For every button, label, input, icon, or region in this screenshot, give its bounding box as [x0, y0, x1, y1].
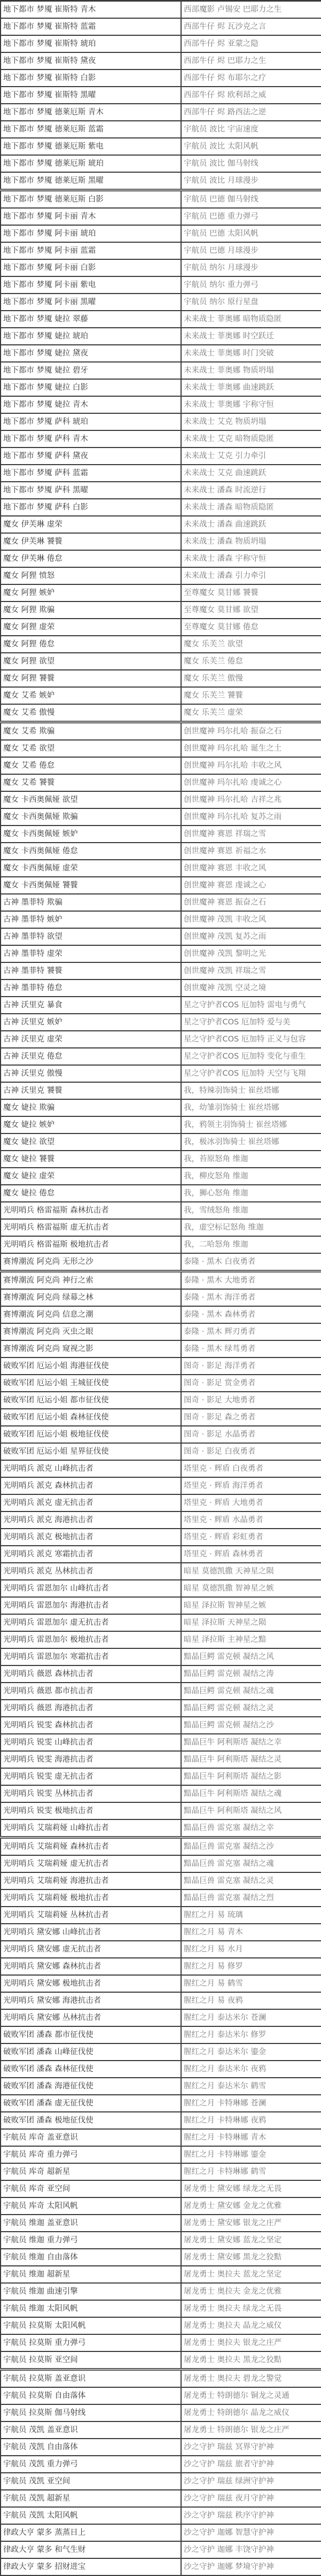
- skin-name-cell-left: 宇航员 拉莫斯 自由落体: [1, 2387, 181, 2404]
- skin-name-cell-right: 创世魔神 赛恩 祥瑞之雪: [181, 826, 321, 843]
- table-row: 魔女 婕拉 倦怠我，狮心怒角 维迦: [1, 1185, 321, 1202]
- skin-name-cell-left: 宇航员 拉莫斯 太阳风帆: [1, 2317, 181, 2334]
- skin-name-cell-left: 光明哨兵 派克 森林抗击者: [1, 1477, 181, 1494]
- skin-name-cell-left: 光明哨兵 格雷福斯 虚无抗击者: [1, 1219, 181, 1236]
- skin-name-cell-right: 未来战士 潘森 曲速跳跃: [181, 516, 321, 533]
- skin-name-cell-left: 地下都市 梦魇 德莱厄斯 蓝霜: [1, 121, 181, 138]
- table-row: 古神 沃里克 虚荣星之守护者COS 厄加特 正义与包容: [1, 1031, 321, 1048]
- skin-name-cell-left: 宇航员 茂凯 重力弹弓: [1, 2456, 181, 2473]
- skin-name-cell-right: 暗星 泽拉斯 天神星之陨: [181, 1614, 321, 1631]
- skin-name-cell-right: 宇航员 波比 月球漫步: [181, 172, 321, 190]
- skin-name-cell-right: 腥红之月 卡特琳娜 苍澜: [181, 2095, 321, 2112]
- skin-name-cell-left: 光明哨兵 格雷福斯 森林抗击者: [1, 1202, 181, 1219]
- table-row: 古神 墨菲特 欲望创世魔神 茂凯 复苏之雨: [1, 928, 321, 945]
- skin-name-cell-left: 光明哨兵 格雷福斯 极地抗击者: [1, 1236, 181, 1253]
- skin-name-cell-left: 魔女 卡西奥佩娅 欺骗: [1, 808, 181, 826]
- skin-name-cell-right: 魔女 乐芙兰 欲望: [181, 636, 321, 653]
- skin-name-cell-left: 光明哨兵 黛安娜 极地抗击者: [1, 1975, 181, 1992]
- table-row: 地下都市 梦魇 德莱厄斯 蓝霜宇航员 波比 宇宙速度: [1, 121, 321, 138]
- skin-name-cell-right: 屠龙勇士 奥拉夫 绿龙之无畏: [181, 2300, 321, 2317]
- table-row: 光明哨兵 黛安娜 海港抗击者腥红之月 易 夜鸦: [1, 1992, 321, 2009]
- skin-name-cell-left: 古神 沃里克 傲慢: [1, 1065, 181, 1082]
- skin-name-cell-left: 魔女 阿狸 嫉妒: [1, 584, 181, 601]
- skin-name-cell-left: 光明哨兵 雷恩加尔 极地抗击者: [1, 1631, 181, 1648]
- table-row: 宇航员 库奇 太阳风帆屠龙勇士 黛安娜 金龙之优雅: [1, 2197, 321, 2215]
- skin-name-cell-left: 光明哨兵 锐雯 丛林抗击者: [1, 1785, 181, 1802]
- skin-name-cell-right: 暗星 泽拉斯 智神星之嫉: [181, 1597, 321, 1614]
- skin-name-cell-right: 腥红之月 卡特琳娜 鹤雪: [181, 2163, 321, 2180]
- table-row: 宇航员 维迦 盖亚意识屠龙勇士 黛安娜 银龙之庄严: [1, 2215, 321, 2232]
- table-row: 地下都市 梦魇 婕拉 碧牙未来战士 菲奥娜 物质坍塌: [1, 362, 321, 379]
- skin-name-cell-left: 地下都市 梦魇 萨科 黑曜: [1, 482, 181, 499]
- skin-name-cell-left: 地下都市 梦魇 阿卡丽 白影: [1, 259, 181, 276]
- skin-name-cell-left: 魔女 卡西奥佩娅 倦怠: [1, 843, 181, 860]
- table-row: 地下都市 梦魇 萨科 琥珀未来战士 艾克 物质坍塌: [1, 413, 321, 430]
- skin-name-cell-left: 魔女 婕拉 饕餮: [1, 1151, 181, 1168]
- skin-name-cell-right: 创世魔神 茂凯 祥瑞之雪: [181, 962, 321, 980]
- skin-name-cell-left: 地下都市 梦魇 德莱厄斯 青木: [1, 104, 181, 121]
- table-row: 地下都市 梦魇 婕拉 翠藤未来战士 菲奥娜 暗物质隐匿: [1, 311, 321, 328]
- skin-name-cell-left: 地下都市 梦魇 崔斯特 琥珀: [1, 35, 181, 52]
- table-row: 光明哨兵 锐雯 山峰抗击者黯晶巨牛 阿利斯塔 凝结之幸: [1, 1734, 321, 1751]
- skin-name-cell-right: 星之守护者COS 厄加特 天空与飞翔: [181, 1065, 321, 1082]
- skin-name-cell-left: 古神 墨菲特 倦怠: [1, 980, 181, 997]
- skin-name-cell-right: 未来战士 潘森 物质坍塌: [181, 533, 321, 550]
- skin-name-cell-right: 未来战士 菲奥娜 时空跃迁: [181, 328, 321, 345]
- skin-name-cell-right: 黯晶巨兽 雷克塞 凝结之幸: [181, 1819, 321, 1838]
- skin-name-cell-left: 光明哨兵 锐雯 森林抗击者: [1, 1717, 181, 1734]
- table-row: 光明哨兵 薇恩 都市抗击者黯晶巨鳄 雷克顿 凝结之魂: [1, 1683, 321, 1700]
- table-row: 魔女 卡西奥佩娅 欺骗创世魔神 玛尔扎哈 复苏之雨: [1, 808, 321, 826]
- table-row: 魔女 艾希 傲慢魔女 乐芙兰 虚荣: [1, 704, 321, 722]
- skin-name-cell-right: 沙之守护 瑞兹 冥界守护神: [181, 2439, 321, 2456]
- skin-name-cell-left: 魔女 阿狸 虚荣: [1, 619, 181, 636]
- table-row: 宇航员 库奇 重力弹弓腥红之月 卡特琳娜 鎏金: [1, 2146, 321, 2163]
- skin-name-cell-right: 西部牛仔 烬 路西法之逆: [181, 104, 321, 121]
- table-row: 破败军团 潘森 山峰征伐使腥红之月 泰达米尔 鎏金: [1, 2043, 321, 2061]
- skin-name-cell-left: 魔女 婕拉 欺骗: [1, 1099, 181, 1116]
- skin-name-cell-right: 暗星 莫德凯撒 智神星之嫉: [181, 1580, 321, 1597]
- table-row: 光明哨兵 锐雯 森林抗击者黯晶巨鳄 雷克顿 凝结之沙: [1, 1717, 321, 1734]
- skin-name-cell-right: 沙之守护 迦娜 梦境守护神: [181, 2558, 321, 2575]
- skin-name-cell-right: 宇航员 波比 伽马射线: [181, 155, 321, 172]
- skin-name-cell-right: 宇航员 纳尔 原行星盘: [181, 294, 321, 311]
- skin-name-cell-left: 古神 沃里克 暴食: [1, 997, 181, 1014]
- skin-name-cell-right: 泰隆 · 黑木 海洋勇者: [181, 1289, 321, 1306]
- table-row: 光明哨兵 雷恩加尔 海港抗击者暗星 泽拉斯 智神星之嫉: [1, 1597, 321, 1614]
- skin-name-cell-left: 律政大亨 蒙多 招财进宝: [1, 2558, 181, 2575]
- skin-name-cell-right: 屠龙勇士 黛安娜 金龙之优雅: [181, 2197, 321, 2215]
- table-row: 地下都市 梦魇 德莱厄斯 黑曜宇航员 波比 月球漫步: [1, 172, 321, 190]
- skin-name-cell-left: 古神 沃里克 虚荣: [1, 1031, 181, 1048]
- table-row: 魔女 婕拉 虚荣我，柳皮怒角 维迦: [1, 1168, 321, 1185]
- skin-name-cell-right: 我，雪绒怒角 维迦: [181, 1202, 321, 1219]
- skin-name-cell-right: 西部牛仔 烬 巴耶力之生: [181, 52, 321, 70]
- table-row: 魔女 阿狸 愤怒未来战士 潘森 引力牵引: [1, 567, 321, 584]
- skin-name-cell-right: 屠龙勇士 黛安娜 黑龙之狡黠: [181, 2249, 321, 2266]
- table-row: 地下都市 梦魇 阿卡丽 白影宇航员 纳尔 月球漫步: [1, 259, 321, 276]
- table-row: 光明哨兵 雷恩加尔 山峰抗击者暗星 莫德凯撒 智神星之嫉: [1, 1580, 321, 1597]
- table-row: 宇航员 茂凯 超新星沙之守护 瑞兹 夜月守护神: [1, 2490, 321, 2507]
- skin-name-cell-right: 腥红之月 易 青木: [181, 1924, 321, 1941]
- table-row: 光明哨兵 黛安娜 极地抗击者腥红之月 易 鹤雪: [1, 1975, 321, 1992]
- table-row: 宇航员 茂凯 重力弹弓沙之守护 瑞兹 旅者守护神: [1, 2456, 321, 2473]
- skin-name-cell-right: 创世魔神 玛尔扎哈 振奋之石: [181, 722, 321, 741]
- table-row: 魔女 阿狸 饕餮魔女 乐芙兰 傲慢: [1, 670, 321, 687]
- skin-name-cell-right: 未来战士 菲奥娜 暗物质隐匿: [181, 311, 321, 328]
- skin-name-cell-right: 图奇 · 影足 森之勇者: [181, 1409, 321, 1426]
- table-row: 宇航员 拉莫斯 盖亚意识屠龙勇士 奥拉夫 碧龙之警觉: [1, 2370, 321, 2388]
- table-row: 赛博潮流 阿克尚 窥视之影泰隆 · 黑木 绿茑勇者: [1, 1340, 321, 1358]
- skin-name-cell-right: 宇航员 巴德 月球漫步: [181, 242, 321, 259]
- table-row: 光明哨兵 派克 极地抗击者塔里克 · 辉盾 彩虹勇者: [1, 1529, 321, 1546]
- skin-name-cell-right: 我，二哈怒角 维迦: [181, 1236, 321, 1253]
- skin-name-cell-right: 泰隆 · 黑木 辉刃勇者: [181, 1323, 321, 1340]
- skin-name-cell-right: 黯晶巨牛 阿利斯塔 凝结之幸: [181, 1734, 321, 1751]
- skin-name-cell-right: 图奇 · 影足 水晶勇者: [181, 1426, 321, 1443]
- skin-name-cell-right: 未来战士 艾克 暗物质隐匿: [181, 430, 321, 448]
- skin-name-cell-right: 未来战士 菲奥娜 宇称守恒: [181, 396, 321, 413]
- skin-name-cell-left: 宇航员 维迦 超新星: [1, 2266, 181, 2283]
- skin-name-cell-left: 魔女 艾希 傲慢: [1, 704, 181, 722]
- skin-name-cell-left: 地下都市 梦魇 婕拉 琥珀: [1, 328, 181, 345]
- table-row: 地下都市 梦魇 阿卡丽 青木宇航员 巴德 重力弹弓: [1, 208, 321, 225]
- table-row: 宇航员 维迦 超新星屠龙勇士 奥拉夫 蓝龙之坚定: [1, 2266, 321, 2283]
- skin-name-cell-right: 屠龙勇士 特朗德尔 晶龙之威仪: [181, 2404, 321, 2421]
- skin-name-cell-left: 古神 墨菲特 欺骗: [1, 894, 181, 911]
- skin-name-cell-right: 塔里克 · 辉盾 大地勇者: [181, 1494, 321, 1511]
- skin-name-cell-right: 我，幼雏羽饰骑士 崔丝塔娜: [181, 1099, 321, 1116]
- table-row: 宇航员 维迦 曲速引擎屠龙勇士 奥拉夫 金龙之优雅: [1, 2283, 321, 2300]
- skin-name-cell-left: 魔女 婕拉 欲望: [1, 1133, 181, 1151]
- skin-name-cell-left: 光明哨兵 黛安娜 虚无抗击者: [1, 1941, 181, 1958]
- skin-name-cell-right: 我，苔原怒角 维迦: [181, 1151, 321, 1168]
- skin-name-cell-left: 宇航员 维迦 曲速引擎: [1, 2283, 181, 2300]
- skin-name-cell-left: 古神 墨菲特 饕餮: [1, 962, 181, 980]
- skin-name-cell-left: 宇航员 茂凯 超新星: [1, 2490, 181, 2507]
- skin-name-cell-right: 创世魔神 赛恩 振奋之石: [181, 894, 321, 911]
- skin-name-cell-right: 屠龙勇士 奥拉夫 黑龙之狡黠: [181, 2351, 321, 2370]
- table-row: 魔女 阿狸 欲望魔女 乐芙兰 倦怠: [1, 653, 321, 670]
- table-row: 地下都市 梦魇 阿卡丽 琥珀宇航员 巴德 太阳风帆: [1, 225, 321, 242]
- skin-name-cell-right: 黯晶巨牛 阿利斯塔 凝结之魂: [181, 1785, 321, 1802]
- table-row: 破败军团 潘森 森林征伐使腥红之月 泰达米尔 夜鸦: [1, 2061, 321, 2078]
- skin-name-cell-right: 宇航员 巴德 太阳风帆: [181, 225, 321, 242]
- skin-name-cell-right: 沙之守护 迦娜 丰饶守护神: [181, 2541, 321, 2558]
- skin-name-cell-left: 光明哨兵 艾瑞莉娅 虚无抗击者: [1, 1855, 181, 1872]
- table-row: 地下都市 梦魇 德莱厄斯 紫电宇航员 波比 太阳风帆: [1, 138, 321, 155]
- skin-name-cell-right: 屠龙勇士 特朗德尔 铜龙之灵通: [181, 2387, 321, 2404]
- table-row: 宇航员 茂凯 盖亚意识屠龙勇士 特朗德尔 银龙之庄严: [1, 2421, 321, 2439]
- table-row: 宇航员 维迦 自由落体屠龙勇士 黛安娜 黑龙之狡黠: [1, 2249, 321, 2266]
- skin-name-cell-left: 魔女 艾希 倦怠: [1, 757, 181, 774]
- skin-name-cell-left: 光明哨兵 雷恩加尔 山峰抗击者: [1, 1580, 181, 1597]
- skin-name-cell-left: 魔女 卡西奥佩娅 饕餮: [1, 877, 181, 894]
- table-row: 光明哨兵 雷恩加尔 极地抗击者暗星 泽拉斯 主神星之黯: [1, 1631, 321, 1648]
- skin-name-cell-left: 光明哨兵 锐雯 虚无抗击者: [1, 1768, 181, 1785]
- skin-name-cell-right: 腥红之月 泰达米尔 夜鸦: [181, 2061, 321, 2078]
- skin-name-cell-right: 至尊魔女 莫甘娜 饕餮: [181, 584, 321, 601]
- skin-name-cell-left: 地下都市 梦魇 崔斯特 黑曜: [1, 87, 181, 104]
- table-row: 破败军团 潘森 极地征伐使腥红之月 卡特琳娜 夜鸦: [1, 2112, 321, 2129]
- skin-name-cell-right: 腥红之月 卡特琳娜 夜鸦: [181, 2112, 321, 2129]
- table-row: 宇航员 维迦 太阳风帆屠龙勇士 奥拉夫 绿龙之无畏: [1, 2300, 321, 2317]
- skin-name-cell-left: 魔女 艾希 饕餮: [1, 774, 181, 791]
- skin-name-cell-left: 光明哨兵 派克 山峰抗击者: [1, 1460, 181, 1477]
- table-row: 宇航员 库奇 盖亚意识腥红之月 卡特琳娜 青木: [1, 2129, 321, 2146]
- table-row: 破败军团 厄运小姐 都市征伐使图奇 · 影足 大地勇者: [1, 1392, 321, 1409]
- table-row: 光明哨兵 艾瑞莉娅 山峰抗击者黯晶巨兽 雷克塞 凝结之幸: [1, 1819, 321, 1838]
- table-row: 破败军团 厄运小姐 王城征伐使图奇 · 影足 赏金勇者: [1, 1375, 321, 1392]
- table-row: 光明哨兵 派克 丛林抗击者暗星 莫德凯撒 天神星之陨: [1, 1563, 321, 1580]
- skin-name-cell-left: 破败军团 厄运小姐 海港征伐使: [1, 1358, 181, 1375]
- skin-name-cell-right: 西部牛仔 烬 欧利昂之威: [181, 87, 321, 104]
- skin-name-cell-right: 未来战士 艾克 物质坍塌: [181, 413, 321, 430]
- skin-name-cell-left: 地下都市 梦魇 德莱厄斯 白影: [1, 190, 181, 209]
- table-row: 宇航员 维迦 重力弹弓屠龙勇士 黛安娜 蓝龙之坚定: [1, 2232, 321, 2249]
- skin-name-cell-right: 魔女 乐芙兰 虚荣: [181, 704, 321, 722]
- table-row: 魔女 阿狸 嫉妒至尊魔女 莫甘娜 饕餮: [1, 584, 321, 601]
- table-row: 宇航员 拉莫斯 亚空间屠龙勇士 奥拉夫 黑龙之狡黠: [1, 2351, 321, 2370]
- skin-name-cell-left: 破败军团 潘森 极地征伐使: [1, 2112, 181, 2129]
- skin-name-cell-left: 地下都市 梦魇 萨科 青木: [1, 430, 181, 448]
- skin-name-cell-left: 地下都市 梦魇 崔斯特 青木: [1, 1, 181, 19]
- skin-name-cell-right: 塔里克 · 辉盾 海洋勇者: [181, 1477, 321, 1494]
- skin-name-cell-right: 我，特辣羽饰骑士 崔丝塔娜: [181, 1082, 321, 1099]
- table-row: 魔女 艾希 欺骗创世魔神 玛尔扎哈 振奋之石: [1, 722, 321, 741]
- skin-name-cell-right: 腥红之月 泰达米尔 修罗: [181, 2026, 321, 2043]
- skin-name-cell-left: 宇航员 维迦 盖亚意识: [1, 2215, 181, 2232]
- skin-name-cell-left: 赛博潮流 阿克尚 神行之索: [1, 1271, 181, 1290]
- table-row: 魔女 阿狸 欺骗至尊魔女 莫甘娜 欲望: [1, 601, 321, 619]
- table-row: 宇航员 拉莫斯 伽马射线屠龙勇士 特朗德尔 晶龙之威仪: [1, 2404, 321, 2421]
- skin-name-cell-right: 星之守护者COS 厄加特 变化与重生: [181, 1048, 321, 1065]
- skin-name-cell-right: 泰隆 · 黑木 绿茑勇者: [181, 1340, 321, 1358]
- skin-name-cell-left: 魔女 伊芙琳 饕餮: [1, 533, 181, 550]
- table-row: 宇航员 拉莫斯 自由落体屠龙勇士 特朗德尔 铜龙之灵通: [1, 2387, 321, 2404]
- skin-name-cell-right: 创世魔神 赛恩 丰收之风: [181, 860, 321, 877]
- table-row: 魔女 卡西奥佩娅 饕餮创世魔神 赛恩 虔诚之心: [1, 877, 321, 894]
- skin-name-cell-right: 黯晶巨兽 雷克塞 凝结之烈: [181, 1889, 321, 1907]
- skin-name-cell-right: 腥红之月 易 修罗: [181, 1958, 321, 1975]
- skin-name-cell-right: 未来战士 菲奥娜 时门突破: [181, 345, 321, 362]
- table-row: 古神 沃里克 饕餮我，特辣羽饰骑士 崔丝塔娜: [1, 1082, 321, 1099]
- skin-name-cell-left: 破败军团 厄运小姐 星界征伐使: [1, 1443, 181, 1460]
- table-row: 破败军团 厄运小姐 森林征伐使图奇 · 影足 森之勇者: [1, 1409, 321, 1426]
- table-row: 光明哨兵 艾瑞莉娅 丛林抗击者腥红之月 易 琉璃: [1, 1907, 321, 1924]
- skin-name-cell-left: 古神 墨菲特 虚荣: [1, 945, 181, 962]
- skin-name-cell-right: 屠龙勇士 黛安娜 绿龙之无畏: [181, 2180, 321, 2197]
- skin-name-cell-left: 宇航员 茂凯 盖亚意识: [1, 2421, 181, 2439]
- skin-name-cell-left: 宇航员 维迦 太阳风帆: [1, 2300, 181, 2317]
- skin-name-cell-left: 光明哨兵 锐雯 山峰抗击者: [1, 1734, 181, 1751]
- skin-name-cell-right: 西部牛仔 烬 布耶尔之疗: [181, 70, 321, 87]
- table-row: 宇航员 库奇 亚空间屠龙勇士 黛安娜 绿龙之无畏: [1, 2180, 321, 2197]
- skin-name-cell-right: 未来战士 菲奥娜 曲速跳跃: [181, 379, 321, 396]
- table-row: 光明哨兵 黛安娜 山峰抗击者腥红之月 易 青木: [1, 1924, 321, 1941]
- skin-name-cell-right: 泰隆 · 黑木 白夜勇者: [181, 1253, 321, 1271]
- skin-name-cell-right: 宇航员 巴德 伽马射线: [181, 190, 321, 209]
- table-row: 光明哨兵 薇恩 森林抗击者黯晶巨鳄 雷克顿 凝结之涛: [1, 1665, 321, 1683]
- table-row: 宇航员 茂凯 太阳风帆沙之守护 瑞兹 秩序守护神: [1, 2507, 321, 2524]
- skin-name-cell-left: 光明哨兵 艾瑞莉娅 丛林抗击者: [1, 1907, 181, 1924]
- skin-name-cell-left: 破败军团 潘森 都市征伐使: [1, 2026, 181, 2043]
- skin-name-cell-right: 泰隆 · 黑木 大地勇者: [181, 1271, 321, 1290]
- skin-name-cell-left: 魔女 卡西奥佩娅 虚荣: [1, 860, 181, 877]
- skin-name-cell-left: 光明哨兵 雷恩加尔 虚无抗击者: [1, 1614, 181, 1631]
- skin-name-cell-left: 地下都市 梦魇 婕拉 黛夜: [1, 345, 181, 362]
- table-row: 古神 沃里克 暴食星之守护者COS 厄加特 雷电与勇气: [1, 997, 321, 1014]
- skin-name-cell-left: 宇航员 茂凯 亚空间: [1, 2473, 181, 2490]
- table-row: 光明哨兵 锐雯 虚无抗击者黯晶巨牛 阿利斯塔 凝结之影: [1, 1768, 321, 1785]
- skin-name-cell-left: 地下都市 梦魇 德莱厄斯 黑曜: [1, 172, 181, 190]
- skin-name-cell-left: 魔女 阿狸 饕餮: [1, 670, 181, 687]
- skin-name-cell-left: 宇航员 拉莫斯 亚空间: [1, 2351, 181, 2370]
- table-row: 光明哨兵 格雷福斯 虚无抗击者我，虚空标记怒角 维迦: [1, 1219, 321, 1236]
- skin-name-cell-left: 地下都市 梦魇 阿卡丽 蓝霜: [1, 242, 181, 259]
- table-row: 破败军团 厄运小姐 极地征伐使图奇 · 影足 水晶勇者: [1, 1426, 321, 1443]
- skin-name-cell-left: 光明哨兵 雷恩加尔 寒霜抗击者: [1, 1648, 181, 1665]
- table-row: 魔女 阿狸 虚荣至尊魔女 莫甘娜 倦怠: [1, 619, 321, 636]
- skin-name-cell-left: 赛博潮流 阿克尚 绿幕之林: [1, 1289, 181, 1306]
- skin-name-cell-right: 创世魔神 玛尔扎哈 诞生之土: [181, 740, 321, 757]
- skin-name-cell-left: 宇航员 茂凯 太阳风帆: [1, 2507, 181, 2524]
- skin-name-cell-right: 沙之守护 瑞兹 秩序守护神: [181, 2507, 321, 2524]
- skin-name-cell-right: 腥红之月 易 水月: [181, 1941, 321, 1958]
- skin-name-cell-right: 至尊魔女 莫甘娜 倦怠: [181, 619, 321, 636]
- skin-name-cell-left: 宇航员 茂凯 自由落体: [1, 2439, 181, 2456]
- skin-name-cell-right: 未来战士 潘森 时流逆行: [181, 482, 321, 499]
- skin-name-cell-right: 宇航员 巴德 重力弹弓: [181, 208, 321, 225]
- table-row: 魔女 婕拉 欺骗我，幼雏羽饰骑士 崔丝塔娜: [1, 1099, 321, 1116]
- skin-name-cell-left: 光明哨兵 派克 极地抗击者: [1, 1529, 181, 1546]
- table-row: 光明哨兵 派克 海港抗击者塔里克 · 辉盾 水晶勇者: [1, 1511, 321, 1529]
- table-row: 律政大亨 蒙多 和气生财沙之守护 迦娜 丰饶守护神: [1, 2541, 321, 2558]
- skin-name-cell-right: 沙之守护 迦娜 智慧守护神: [181, 2524, 321, 2541]
- table-row: 光明哨兵 薇恩 海港抗击者黯晶巨鳄 雷克顿 凝结之灵: [1, 1700, 321, 1717]
- skin-name-cell-right: 创世魔神 茂凯 空灵之境: [181, 980, 321, 997]
- skin-name-cell-right: 黯晶巨鳄 雷克顿 凝结之灵: [181, 1700, 321, 1717]
- skin-name-cell-left: 光明哨兵 派克 虚无抗击者: [1, 1494, 181, 1511]
- table-row: 光明哨兵 艾瑞莉娅 森林抗击者黯晶巨兽 雷克塞 凝结之沙: [1, 1838, 321, 1856]
- skin-name-cell-left: 律政大亨 蒙多 蒸蒸日上: [1, 2524, 181, 2541]
- table-row: 地下都市 梦魇 德莱厄斯 青木西部牛仔 烬 路西法之逆: [1, 104, 321, 121]
- skin-name-cell-left: 破败军团 潘森 森林征伐使: [1, 2061, 181, 2078]
- skin-name-cell-left: 宇航员 库奇 亚空间: [1, 2180, 181, 2197]
- skin-name-cell-right: 我，狮心怒角 维迦: [181, 1185, 321, 1202]
- skin-name-cell-left: 赛博潮流 阿克尚 灭虫之眼: [1, 1323, 181, 1340]
- skin-name-cell-left: 律政大亨 蒙多 和气生财: [1, 2541, 181, 2558]
- skin-name-cell-right: 黯晶巨鳄 雷克顿 凝结之魂: [181, 1683, 321, 1700]
- skin-name-cell-right: 创世魔神 玛尔扎哈 复苏之雨: [181, 808, 321, 826]
- table-row: 地下都市 梦魇 崔斯特 黛夜西部牛仔 烬 巴耶力之生: [1, 52, 321, 70]
- skin-name-cell-left: 魔女 艾希 嫉妒: [1, 687, 181, 704]
- skin-name-cell-left: 魔女 艾希 欺骗: [1, 722, 181, 741]
- table-row: 赛博潮流 阿克尚 神行之索泰隆 · 黑木 大地勇者: [1, 1271, 321, 1290]
- skin-name-cell-left: 地下都市 梦魇 阿卡丽 紫电: [1, 276, 181, 294]
- skin-name-cell-left: 地下都市 梦魇 萨科 琥珀: [1, 413, 181, 430]
- skin-name-cell-right: 我，鸦领主羽饰骑士 崔丝塔娜: [181, 1116, 321, 1133]
- table-row: 古神 沃里克 嫉妒星之守护者COS 厄加特 爱与美: [1, 1014, 321, 1031]
- skin-name-cell-right: 黯晶巨兽 雷克塞 凝结之沙: [181, 1838, 321, 1856]
- table-row: 破败军团 潘森 都市征伐使腥红之月 泰达米尔 修罗: [1, 2026, 321, 2043]
- skin-name-cell-left: 魔女 艾希 欲望: [1, 740, 181, 757]
- skin-name-cell-right: 创世魔神 茂凯 丰收之风: [181, 911, 321, 928]
- skin-name-cell-right: 星之守护者COS 厄加特 爱与美: [181, 1014, 321, 1031]
- table-row: 古神 墨菲特 倦怠创世魔神 茂凯 空灵之境: [1, 980, 321, 997]
- skin-name-cell-left: 地下都市 梦魇 德莱厄斯 琥珀: [1, 155, 181, 172]
- skin-table-body: 地下都市 梦魇 崔斯特 青木西部魔影 卢锡安 巴耶力之生地下都市 梦魇 崔斯特 …: [1, 1, 321, 2576]
- skin-name-cell-left: 魔女 阿狸 愤怒: [1, 567, 181, 584]
- skin-name-cell-right: 屠龙勇士 奥拉夫 碧龙之警觉: [181, 2370, 321, 2388]
- skin-name-cell-right: 魔女 乐芙兰 饕餮: [181, 687, 321, 704]
- skin-name-cell-right: 宇航员 波比 宇宙速度: [181, 121, 321, 138]
- skin-name-cell-left: 地下都市 梦魇 崔斯特 白影: [1, 70, 181, 87]
- table-row: 魔女 伊芙琳 倦怠未来战士 潘森 宇称守恒: [1, 550, 321, 567]
- table-row: 古神 墨菲特 嫉妒创世魔神 茂凯 丰收之风: [1, 911, 321, 928]
- table-row: 破败军团 潘森 海港征伐使腥红之月 泰达米尔 鹤雪: [1, 2078, 321, 2095]
- table-row: 赛博潮流 阿克尚 无形之沙泰隆 · 黑木 白夜勇者: [1, 1253, 321, 1271]
- table-row: 光明哨兵 雷恩加尔 寒霜抗击者黯晶巨鳄 雷克顿 凝结之风: [1, 1648, 321, 1665]
- table-row: 地下都市 梦魇 婕拉 黛夜未来战士 菲奥娜 时门突破: [1, 345, 321, 362]
- skin-name-cell-left: 破败军团 厄运小姐 森林征伐使: [1, 1409, 181, 1426]
- skin-name-cell-right: 暗星 泽拉斯 主神星之黯: [181, 1631, 321, 1648]
- skin-name-cell-left: 光明哨兵 艾瑞莉娅 极地抗击者: [1, 1889, 181, 1907]
- skin-name-cell-left: 魔女 婕拉 倦怠: [1, 1185, 181, 1202]
- table-row: 律政大亨 蒙多 招财进宝沙之守护 迦娜 梦境守护神: [1, 2558, 321, 2575]
- table-row: 古神 沃里克 傲慢星之守护者COS 厄加特 天空与飞翔: [1, 1065, 321, 1082]
- table-row: 地下都市 梦魇 萨科 黛夜未来战士 艾克 引力牵引: [1, 448, 321, 465]
- table-row: 宇航员 拉莫斯 重力弹弓屠龙勇士 奥拉夫 银龙之庄严: [1, 2334, 321, 2351]
- table-row: 魔女 伊芙琳 饕餮未来战士 潘森 物质坍塌: [1, 533, 321, 550]
- table-row: 光明哨兵 派克 寒霜抗击者塔里克 · 辉盾 森林勇者: [1, 1546, 321, 1563]
- skin-name-cell-right: 西部魔影 卢锡安 巴耶力之生: [181, 1, 321, 19]
- skin-name-cell-left: 古神 墨菲特 嫉妒: [1, 911, 181, 928]
- skin-name-cell-right: 我，极冰羽饰骑士 崔丝塔娜: [181, 1133, 321, 1151]
- table-row: 地下都市 梦魇 婕拉 琥珀未来战士 菲奥娜 时空跃迁: [1, 328, 321, 345]
- skin-name-cell-left: 地下都市 梦魇 崔斯特 黛夜: [1, 52, 181, 70]
- skin-name-cell-right: 创世魔神 玛尔扎哈 吉祥之兆: [181, 791, 321, 808]
- skin-name-cell-left: 宇航员 拉莫斯 重力弹弓: [1, 2334, 181, 2351]
- skin-name-cell-right: 宇航员 纳尔 月球漫步: [181, 259, 321, 276]
- skin-name-cell-right: 腥红之月 卡特琳娜 鎏金: [181, 2146, 321, 2163]
- skin-name-cell-left: 光明哨兵 艾瑞莉娅 海港抗击者: [1, 1872, 181, 1889]
- skin-name-cell-left: 光明哨兵 锐雯 极地抗击者: [1, 1802, 181, 1819]
- table-row: 魔女 艾希 饕餮创世魔神 玛尔扎哈 虔诚之心: [1, 774, 321, 791]
- table-row: 地下都市 梦魇 萨科 白影未来战士 潘森 暗物质隐匿: [1, 499, 321, 516]
- skin-name-cell-right: 黯晶巨牛 阿利斯塔 凝结之灵: [181, 1751, 321, 1768]
- skin-name-cell-right: 腥红之月 泰达米尔 鹤雪: [181, 2078, 321, 2095]
- table-row: 宇航员 茂凯 自由落体沙之守护 瑞兹 冥界守护神: [1, 2439, 321, 2456]
- skin-name-cell-left: 魔女 阿狸 倦怠: [1, 636, 181, 653]
- skin-name-cell-left: 地下都市 梦魇 阿卡丽 青木: [1, 208, 181, 225]
- table-row: 地下都市 梦魇 崔斯特 蓝霜西部牛仔 烬 瓦沙克之言: [1, 18, 321, 35]
- skin-name-cell-left: 地下都市 梦魇 婕拉 白影: [1, 379, 181, 396]
- table-row: 魔女 艾希 欲望创世魔神 玛尔扎哈 诞生之土: [1, 740, 321, 757]
- table-row: 古神 墨菲特 欺骗创世魔神 赛恩 振奋之石: [1, 894, 321, 911]
- table-row: 地下都市 梦魇 崔斯特 琥珀西部牛仔 烬 亚蒙之隐: [1, 35, 321, 52]
- skin-name-cell-right: 塔里克 · 辉盾 水晶勇者: [181, 1511, 321, 1529]
- table-row: 地下都市 梦魇 阿卡丽 蓝霜宇航员 巴德 月球漫步: [1, 242, 321, 259]
- skin-name-cell-left: 赛博潮流 阿克尚 无形之沙: [1, 1253, 181, 1271]
- table-row: 地下都市 梦魇 阿卡丽 紫电宇航员 纳尔 重力弹弓: [1, 276, 321, 294]
- skin-name-cell-left: 宇航员 库奇 太阳风帆: [1, 2197, 181, 2215]
- skin-name-cell-left: 光明哨兵 黛安娜 山峰抗击者: [1, 1924, 181, 1941]
- table-row: 光明哨兵 锐雯 海港抗击者黯晶巨牛 阿利斯塔 凝结之灵: [1, 1751, 321, 1768]
- skin-name-cell-right: 黯晶巨牛 阿利斯塔 凝结之风: [181, 1802, 321, 1819]
- skin-name-cell-right: 未来战士 潘森 宇称守恒: [181, 550, 321, 567]
- table-row: 地下都市 梦魇 崔斯特 白影西部牛仔 烬 布耶尔之疗: [1, 70, 321, 87]
